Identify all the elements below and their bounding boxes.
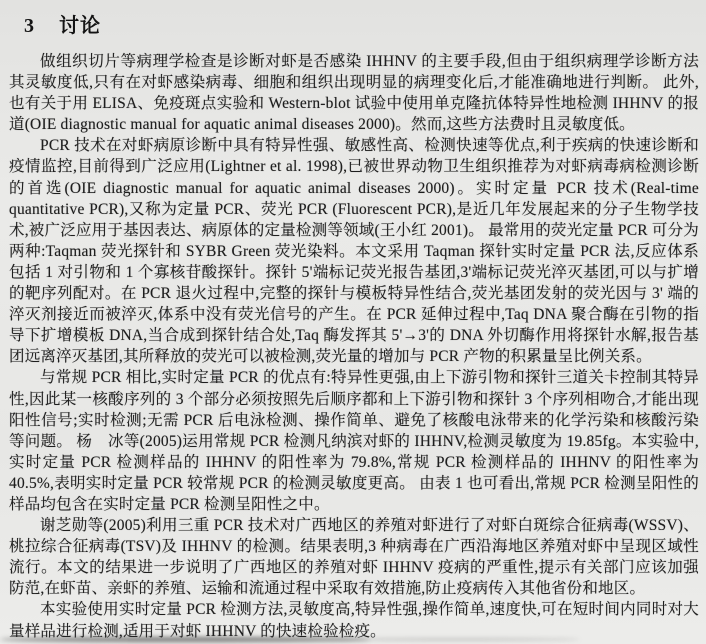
scan-artifact-shadow [0, 637, 370, 642]
section-number: 3 [24, 13, 35, 39]
paragraph-pathology-diagnosis: 做组织切片等病理学检查是诊断对虾是否感染 IHHNV 的主要手段,但由于组织病理… [9, 51, 699, 135]
paragraph-realtime-vs-conventional: 与常规 PCR 相比,实时定量 PCR 的优点有:特异性更强,由上下游引物和探针… [9, 367, 699, 515]
scan-artifact-shadow-faint [330, 638, 580, 641]
body-text: 做组织切片等病理学检查是诊断对虾是否感染 IHHNV 的主要手段,但由于组织病理… [0, 39, 706, 642]
paragraph-guangxi-epidemic: 谢芝勋等(2005)利用三重 PCR 技术对广西地区的养殖对虾进行了对虾白斑综合… [9, 515, 699, 599]
paragraph-pcr-technique: PCR 技术在对虾病原诊断中具有特异性强、敏感性高、检测快速等优点,利于疾病的快… [9, 135, 699, 367]
scanned-document-page: 3讨论 做组织切片等病理学检查是诊断对虾是否感染 IHHNV 的主要手段,但由于… [0, 0, 706, 644]
section-title: 讨论 [59, 15, 101, 37]
section-heading: 3讨论 [0, 0, 706, 39]
paragraph-conclusion: 本实验使用实时定量 PCR 检测方法,灵敏度高,特异性强,操作简单,速度快,可在… [9, 599, 699, 641]
